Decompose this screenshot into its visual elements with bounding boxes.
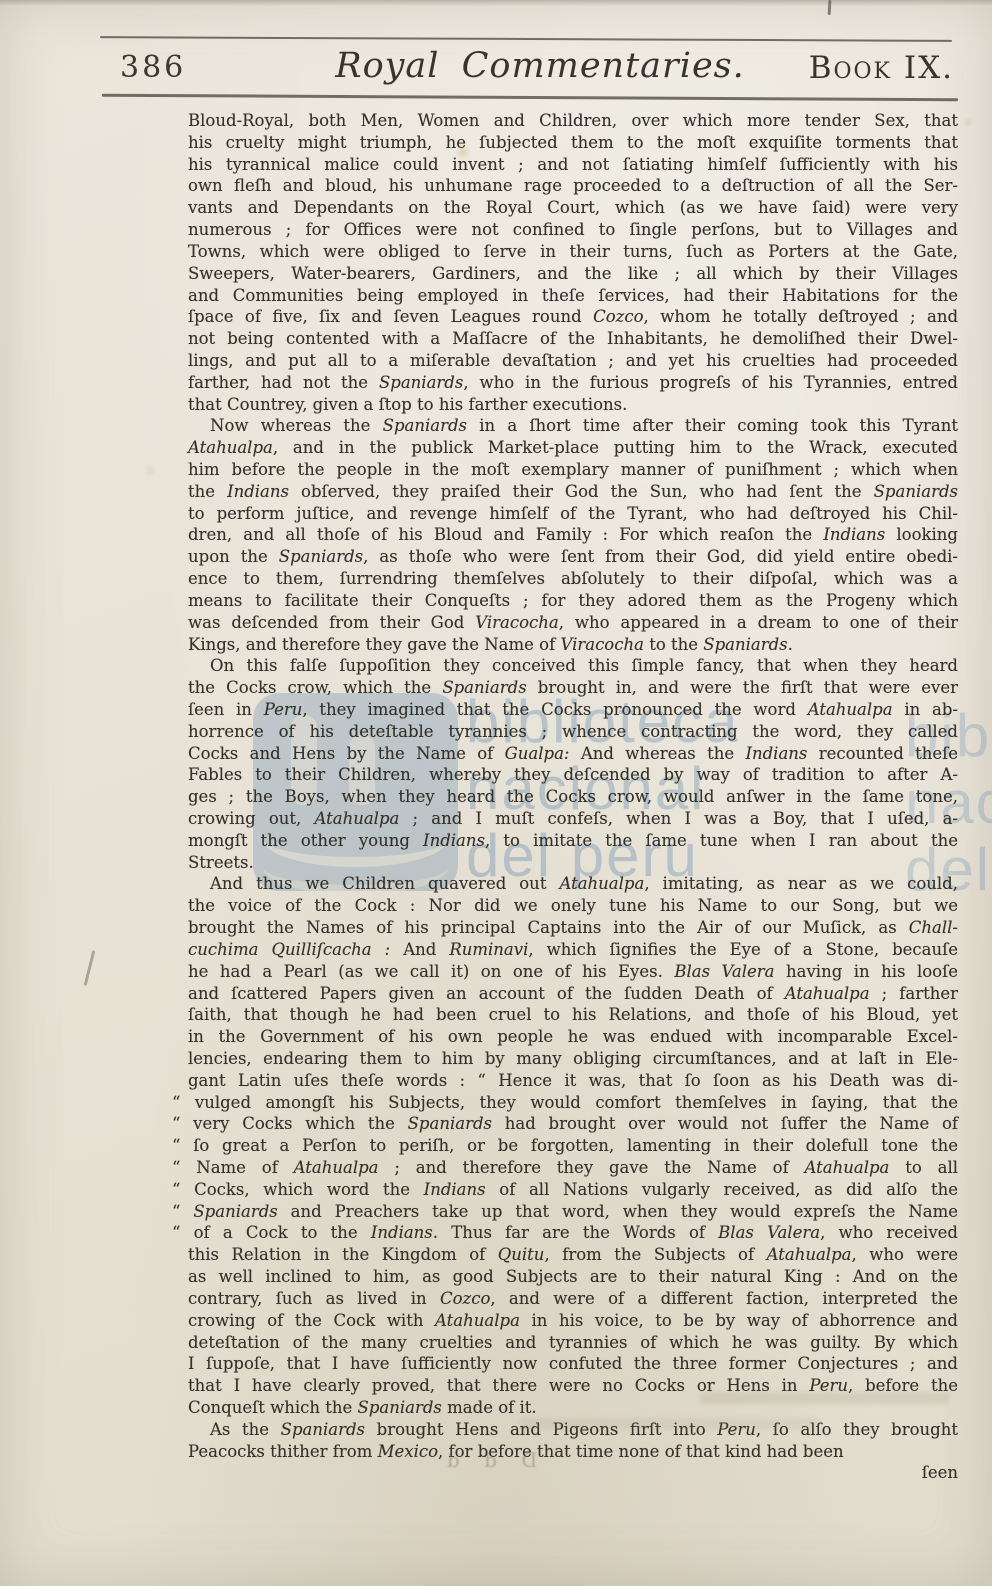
text-line: “ Name of Atahualpa ; and therefore they… xyxy=(172,1157,958,1179)
italic-text-segment: Atahualpa xyxy=(314,809,399,828)
italic-text-segment: Indians xyxy=(424,1180,486,1199)
text-segment: Bloud-Royal, both Men, Women and Childre… xyxy=(188,111,958,130)
text-segment: Conqueſt which the xyxy=(188,1398,358,1417)
italic-text-segment: Atahualpa xyxy=(785,984,870,1003)
text-segment: means to facilitate their Conqueſts ; fo… xyxy=(188,591,958,610)
text-line: Atahualpa, and in the publick Market-pla… xyxy=(188,437,958,459)
text-segment: Cocks and Hens by the Name of xyxy=(188,744,505,763)
italic-text-segment: Atahualpa xyxy=(188,438,273,457)
text-segment: ; and I muſt confeſs, when I was a Boy, … xyxy=(399,809,958,828)
text-line: ſaith, that though he had been cruel to … xyxy=(188,1004,958,1026)
text-segment: On this falſe ſuppoſition they conceived… xyxy=(210,656,958,675)
text-segment: brought in, and were the firſt that were… xyxy=(527,678,958,697)
text-segment: ges ; the Boys, when they heard the Cock… xyxy=(188,787,958,806)
text-line: farther, had not the Spaniards, who in t… xyxy=(188,372,958,394)
bleedthrough-smudge xyxy=(520,1418,820,1429)
text-segment: in ab- xyxy=(893,700,958,719)
text-line: to perform juſtice, and revenge himſelf … xyxy=(188,503,958,525)
text-segment: lencies, endearing them to him by many o… xyxy=(188,1049,958,1068)
text-line: gant Latin uſes theſe words : “ Hence it… xyxy=(188,1070,958,1092)
text-segment: in the Government of his own people he w… xyxy=(188,1027,958,1046)
text-segment: “ Cocks, which word the xyxy=(172,1180,424,1199)
text-line: deteſtation of the many cruelties and ty… xyxy=(188,1332,958,1354)
text-segment: lings, and put all to a miſerable devaſt… xyxy=(188,351,958,370)
italic-text-segment: Atahualpa xyxy=(808,700,893,719)
text-line: “ very Cocks which the Spaniards had bro… xyxy=(172,1113,958,1135)
text-line: Bloud-Royal, both Men, Women and Childre… xyxy=(188,110,958,132)
text-line: crowing of the Cock with Atahualpa in hi… xyxy=(188,1310,958,1332)
text-segment: Kings, and therefore they gave the Name … xyxy=(188,635,560,654)
text-line: “ Spaniards and Preachers take up that w… xyxy=(172,1201,958,1223)
text-segment: , as thoſe who were ſent from their God,… xyxy=(363,547,958,566)
text-line: Peacocks thither from Mexico, for before… xyxy=(188,1441,958,1463)
text-segment: as well inclined to him, as good Subject… xyxy=(188,1267,958,1286)
text-segment: , from the Subjects of xyxy=(544,1245,766,1264)
text-line: and ſcattered Papers given an account of… xyxy=(188,983,958,1005)
text-segment: ſeen in xyxy=(188,700,264,719)
italic-text-segment: Spaniards xyxy=(703,635,787,654)
text-segment: “ vulged amongſt his Subjects, they woul… xyxy=(172,1093,958,1112)
text-segment: , imitating, as near as we could, xyxy=(644,874,958,893)
text-line: the Cocks crow, which the Spaniards brou… xyxy=(188,677,958,699)
text-segment: contrary, ſuch as lived in xyxy=(188,1289,440,1308)
text-line: On this falſe ſuppoſition they conceived… xyxy=(188,655,958,677)
text-line: ence to them, ſurrendring themſelves abſ… xyxy=(188,568,958,590)
text-segment: , who appeared in a dream to one of thei… xyxy=(559,613,958,632)
text-segment: own fleſh and bloud, his unhumane rage p… xyxy=(188,176,958,195)
text-segment: he had a Pearl (as we call it) on one of… xyxy=(188,962,674,981)
italic-text-segment: Spaniards xyxy=(379,373,463,392)
italic-text-segment: Indians xyxy=(423,831,485,850)
text-line: lencies, endearing them to him by many o… xyxy=(188,1048,958,1070)
text-segment: to all xyxy=(889,1158,958,1177)
text-line: his tyrannical malice could invent ; and… xyxy=(188,154,958,176)
margin-pen-mark xyxy=(84,950,95,986)
text-line: Streets. xyxy=(188,852,958,874)
italic-text-segment: Mexico xyxy=(378,1442,438,1461)
italic-text-segment: Indians xyxy=(227,482,289,501)
text-line: crowing out, Atahualpa ; and I muſt conf… xyxy=(188,808,958,830)
text-segment: “ very Cocks which the xyxy=(172,1114,408,1133)
text-segment: And whereas the xyxy=(569,744,745,763)
text-line: Now whereas the Spaniards in a ſhort tim… xyxy=(188,415,958,437)
text-segment: in his voice, to be by way of abhorrence… xyxy=(520,1311,958,1330)
text-segment: “ Name of xyxy=(172,1158,294,1177)
text-line: this Relation in the Kingdom of Quitu, f… xyxy=(188,1244,958,1266)
book-label: Book IX. xyxy=(809,50,954,86)
text-line: cuchima Quilliſcacha : And Ruminavi, whi… xyxy=(188,939,958,961)
text-line: vants and Dependants on the Royal Court,… xyxy=(188,197,958,219)
text-segment: the xyxy=(188,482,227,501)
text-segment: mongſt the other young xyxy=(188,831,423,850)
text-segment: his tyrannical malice could invent ; and… xyxy=(188,155,958,174)
text-line: Towns, which were obliged to ſerve in th… xyxy=(188,241,958,263)
header-rule-top xyxy=(100,36,952,42)
text-line: he had a Pearl (as we call it) on one of… xyxy=(188,961,958,983)
text-segment: “ of a Cock to the xyxy=(172,1223,371,1242)
text-segment: Towns, which were obliged to ſerve in th… xyxy=(188,242,958,261)
text-line: contrary, ſuch as lived in Cozco, and we… xyxy=(188,1288,958,1310)
text-segment: gant Latin uſes theſe words : “ Hence it… xyxy=(188,1071,958,1090)
text-line: dren, and all thoſe of his Bloud and Fam… xyxy=(188,524,958,546)
text-line: horrence of his deteſtable tyrannies ; w… xyxy=(188,721,958,743)
text-segment: was deſcended from their God xyxy=(188,613,475,632)
text-line: was deſcended from their God Viracocha, … xyxy=(188,612,958,634)
text-line: the voice of the Cock : Nor did we onely… xyxy=(188,895,958,917)
text-segment: , whom he totally deſtroyed ; and xyxy=(644,307,958,326)
text-segment: , who were xyxy=(851,1245,958,1264)
text-line: “ Cocks, which word the Indians of all N… xyxy=(172,1179,958,1201)
text-segment: not being contented with a Maſſacre of t… xyxy=(188,329,958,348)
text-line: ſpace of five, ſix and ſeven Leagues rou… xyxy=(188,306,958,328)
italic-text-segment: Indians xyxy=(371,1223,433,1242)
scan-edge-mark xyxy=(828,0,832,15)
text-segment: that Countrey, given a ſtop to his farth… xyxy=(188,395,627,414)
italic-text-segment: Spaniards xyxy=(193,1202,277,1221)
header-rule-bottom xyxy=(102,94,958,101)
text-segment: the voice of the Cock : Nor did we onely… xyxy=(188,896,958,915)
italic-text-segment: Spaniards xyxy=(279,547,363,566)
text-segment: and Preachers take up that word, when th… xyxy=(278,1202,958,1221)
italic-text-segment: Atahualpa xyxy=(435,1311,520,1330)
italic-text-segment: Spaniards xyxy=(408,1114,492,1133)
text-line: ges ; the Boys, when they heard the Cock… xyxy=(188,786,958,808)
text-line: his cruelty might triumph, he ſubjected … xyxy=(188,132,958,154)
italic-text-segment: Ruminavi xyxy=(449,940,528,959)
text-line: him before the people in the moſt exempl… xyxy=(188,459,958,481)
text-segment: . xyxy=(788,635,793,654)
italic-text-segment: Gualpa: xyxy=(505,744,570,763)
bleedthrough-smudge xyxy=(700,1392,950,1404)
italic-text-segment: Chall- xyxy=(909,918,958,937)
italic-text-segment: Atahualpa xyxy=(294,1158,379,1177)
text-segment: ſaith, that though he had been cruel to … xyxy=(188,1005,958,1024)
text-line: not being contented with a Maſſacre of t… xyxy=(188,328,958,350)
text-segment: ; and therefore they gave the Name of xyxy=(379,1158,805,1177)
text-segment: brought the Names of his principal Capta… xyxy=(188,918,909,937)
text-line: brought the Names of his principal Capta… xyxy=(188,917,958,939)
text-line: own fleſh and bloud, his unhumane rage p… xyxy=(188,175,958,197)
text-segment: to the xyxy=(644,635,703,654)
text-segment: Streets. xyxy=(188,853,254,872)
italic-text-segment: Spaniards xyxy=(442,678,526,697)
text-segment: , to imitate the ſame tune when I ran ab… xyxy=(485,831,958,850)
text-segment: in a ſhort time after their coming took … xyxy=(467,416,958,435)
running-title: Royal Commentaries. xyxy=(330,46,750,86)
text-line: ſeen in Peru, they imagined that the Coc… xyxy=(188,699,958,721)
bleedthrough-signature-mark: D d d xyxy=(438,1448,537,1472)
text-line: numerous ; for Offices were not confined… xyxy=(188,219,958,241)
italic-text-segment: Blas Valera xyxy=(674,962,774,981)
italic-text-segment: Viracocha xyxy=(560,635,644,654)
text-segment: “ xyxy=(172,1202,193,1221)
text-segment: crowing out, xyxy=(188,809,314,828)
text-segment: I ſuppoſe, that I have ſufficiently now … xyxy=(188,1354,958,1373)
text-segment: to perform juſtice, and revenge himſelf … xyxy=(188,504,958,523)
text-segment: the Cocks crow, which the xyxy=(188,678,442,697)
text-segment: As the xyxy=(210,1420,281,1439)
italic-text-segment: Cozco xyxy=(593,307,643,326)
text-segment: made of it. xyxy=(442,1398,537,1417)
text-line: Cocks and Hens by the Name of Gualpa: An… xyxy=(188,743,958,765)
text-segment: , and in the publick Market-place puttin… xyxy=(273,438,958,457)
text-segment: , who in the furious progreſs of his Tyr… xyxy=(463,373,958,392)
text-line: means to facilitate their Conqueſts ; fo… xyxy=(188,590,958,612)
text-segment: And xyxy=(390,940,449,959)
italic-text-segment: Viracocha xyxy=(475,613,559,632)
text-segment: crowing of the Cock with xyxy=(188,1311,435,1330)
text-segment: and Communities being employed in theſe … xyxy=(188,286,958,305)
text-segment: , which ſignifies the Eye of a Stone, be… xyxy=(528,940,958,959)
text-line: the Indians obſerved, they praiſed their… xyxy=(188,481,958,503)
text-line: and Communities being employed in theſe … xyxy=(188,285,958,307)
italic-text-segment: Quitu xyxy=(498,1245,545,1264)
text-segment: Fables to their Children, whereby they d… xyxy=(188,765,958,784)
text-line: Kings, and therefore they gave the Name … xyxy=(188,634,958,656)
text-segment: ; farther xyxy=(870,984,958,1003)
scan-top-edge xyxy=(0,0,992,6)
italic-text-segment: Atahualpa xyxy=(805,1158,890,1177)
text-line: I ſuppoſe, that I have ſufficiently now … xyxy=(188,1353,958,1375)
italic-text-segment: Cozco xyxy=(440,1289,490,1308)
italic-text-segment: cuchima Quilliſcacha : xyxy=(188,940,390,959)
text-line: “ ſo great a Perſon to periſh, or be for… xyxy=(172,1135,958,1157)
text-segment: ſpace of five, ſix and ſeven Leagues rou… xyxy=(188,307,593,326)
text-segment: deteſtation of the many cruelties and ty… xyxy=(188,1333,958,1352)
italic-text-segment: Spaniards xyxy=(281,1420,365,1439)
text-segment: Sweepers, Water-bearers, Gardiners, and … xyxy=(188,264,958,283)
text-segment: having in his looſe xyxy=(775,962,958,981)
text-segment: of all Nations vulgarly received, as did… xyxy=(486,1180,958,1199)
text-segment: had brought over would not ſuffer the Na… xyxy=(492,1114,958,1133)
text-segment: , who received xyxy=(820,1223,958,1242)
text-block: Bloud-Royal, both Men, Women and Childre… xyxy=(188,110,958,1484)
text-line: upon the Spaniards, as thoſe who were ſe… xyxy=(188,546,958,568)
italic-text-segment: Atahualpa xyxy=(559,874,644,893)
italic-text-segment: Blas Valera xyxy=(718,1223,820,1242)
text-segment: looking xyxy=(885,525,958,544)
text-line: Fables to their Children, whereby they d… xyxy=(188,764,958,786)
text-segment: “ ſo great a Perſon to periſh, or be for… xyxy=(172,1136,958,1155)
text-line: “ of a Cock to the Indians. Thus far are… xyxy=(172,1222,958,1244)
italic-text-segment: Atahualpa xyxy=(767,1245,852,1264)
text-segment: And thus we Children quavered out xyxy=(210,874,559,893)
page-number: 386 xyxy=(120,50,186,85)
text-line: “ vulged amongſt his Subjects, they woul… xyxy=(172,1092,958,1114)
text-line: as well inclined to him, as good Subject… xyxy=(188,1266,958,1288)
book-page-scan: 386 Royal Commentaries. Book IX. bibliot… xyxy=(0,0,992,1586)
text-segment: Now whereas the xyxy=(210,416,383,435)
italic-text-segment: Spaniards xyxy=(874,482,958,501)
text-segment: , and were of a different faction, inter… xyxy=(490,1289,958,1308)
text-segment: this Relation in the Kingdom of xyxy=(188,1245,498,1264)
text-segment: his cruelty might triumph, he ſubjected … xyxy=(188,133,958,152)
text-segment: , they imagined that the Cocks pronounce… xyxy=(302,700,807,719)
text-segment: ence to them, ſurrendring themſelves abſ… xyxy=(188,569,958,588)
italic-text-segment: Indians xyxy=(823,525,885,544)
italic-text-segment: Spaniards xyxy=(383,416,467,435)
text-segment: obſerved, they praiſed their God the Sun… xyxy=(289,482,874,501)
text-segment: farther, had not the xyxy=(188,373,379,392)
text-line: that Countrey, given a ſtop to his farth… xyxy=(188,394,958,416)
text-segment: . Thus far are the Words of xyxy=(433,1223,718,1242)
italic-text-segment: Indians xyxy=(745,744,807,763)
text-segment: numerous ; for Offices were not confined… xyxy=(188,220,958,239)
text-line: in the Government of his own people he w… xyxy=(188,1026,958,1048)
text-segment: Peacocks thither from xyxy=(188,1442,378,1461)
text-segment: dren, and all thoſe of his Bloud and Fam… xyxy=(188,525,823,544)
text-line: Sweepers, Water-bearers, Gardiners, and … xyxy=(188,263,958,285)
text-segment: upon the xyxy=(188,547,279,566)
text-segment: him before the people in the moſt exempl… xyxy=(188,460,958,479)
italic-text-segment: Spaniards xyxy=(358,1398,442,1417)
italic-text-segment: Peru xyxy=(264,700,303,719)
text-line: And thus we Children quavered out Atahua… xyxy=(188,873,958,895)
text-line: mongſt the other young Indians, to imita… xyxy=(188,830,958,852)
text-segment: horrence of his deteſtable tyrannies ; w… xyxy=(188,722,958,741)
text-line: lings, and put all to a miſerable devaſt… xyxy=(188,350,958,372)
text-segment: and ſcattered Papers given an account of… xyxy=(188,984,785,1003)
text-segment: vants and Dependants on the Royal Court,… xyxy=(188,198,958,217)
catchword: ſeen xyxy=(188,1462,958,1484)
text-segment: recounted theſe xyxy=(807,744,958,763)
